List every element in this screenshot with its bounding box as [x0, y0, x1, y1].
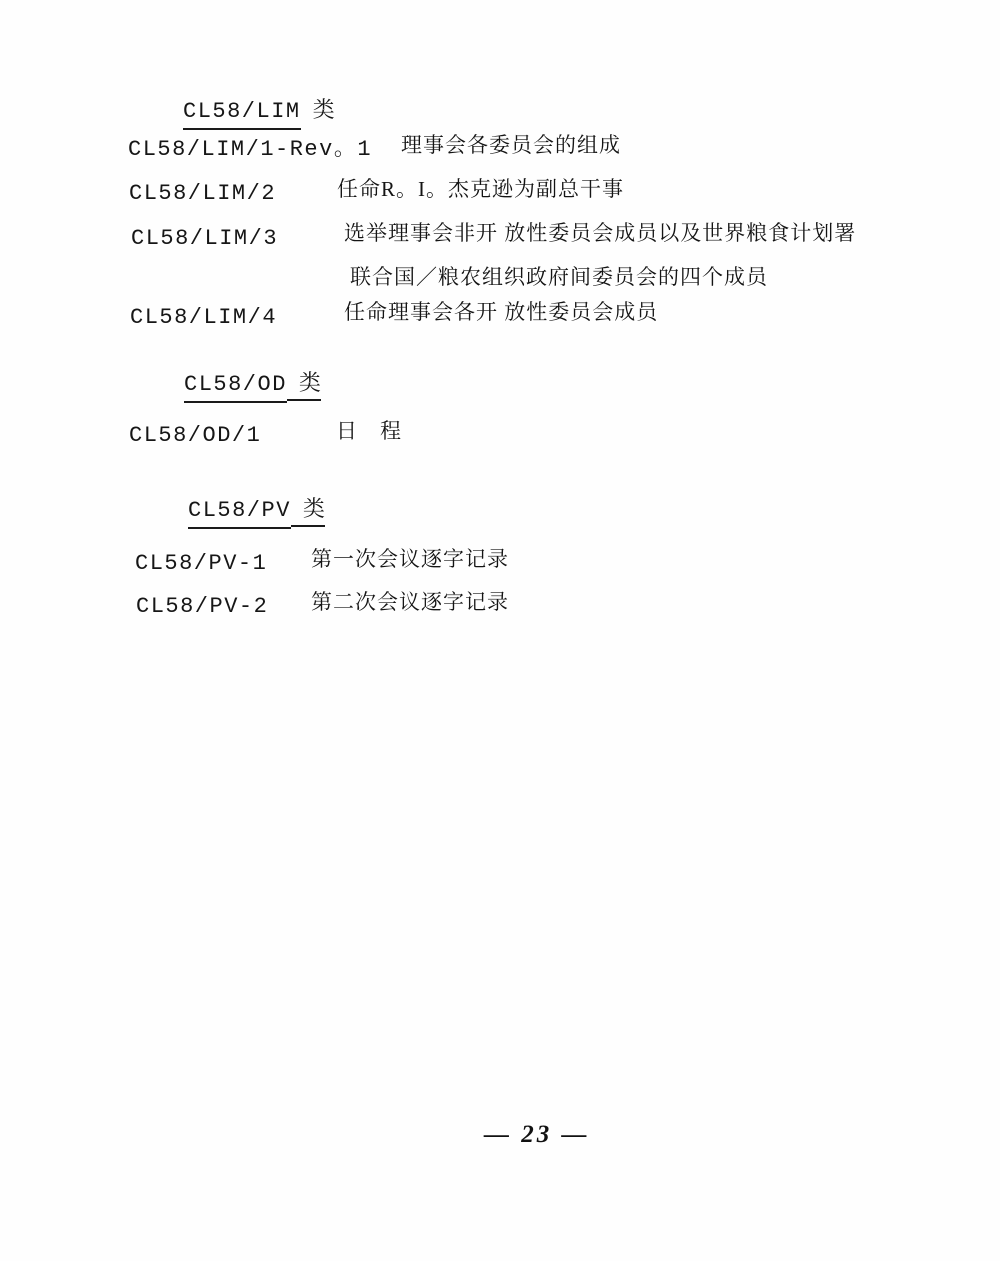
- doc-title: 选举理事会非开 放性委员会成员以及世界粮食计划署: [344, 221, 856, 246]
- doc-code: CL58/LIM/3: [131, 226, 278, 251]
- doc-code: CL58/OD/1: [129, 423, 261, 448]
- section-heading-lim: CL58/LIM类: [183, 93, 335, 124]
- doc-title: 任命R。I。杰克逊为副总干事: [337, 177, 624, 202]
- page-number: — 23 —: [484, 1121, 590, 1149]
- doc-title: 任命理事会各开 放性委员会成员: [344, 300, 658, 325]
- section-heading-code: CL58/PV: [188, 498, 291, 529]
- section-heading-od: CL58/OD类: [184, 366, 321, 397]
- doc-code: CL58/LIM/2: [129, 181, 276, 206]
- section-heading-suffix: 类: [301, 97, 335, 122]
- section-heading-code: CL58/LIM: [183, 99, 301, 130]
- doc-title: 理事会各委员会的组成: [401, 133, 621, 158]
- doc-code: CL58/PV-2: [136, 594, 268, 619]
- doc-title-continuation: 联合国／粮农组织政府间委员会的四个成员: [350, 265, 768, 290]
- doc-title: 日 程: [336, 419, 402, 444]
- doc-title: 第二次会议逐字记录: [311, 590, 509, 615]
- section-heading-code: CL58/OD: [184, 372, 287, 403]
- section-heading-suffix: 类: [291, 496, 325, 527]
- section-heading-pv: CL58/PV类: [188, 492, 325, 523]
- doc-title: 第一次会议逐字记录: [311, 547, 509, 572]
- document-page: CL58/LIM类 CL58/LIM/1-Rev。1 理事会各委员会的组成 CL…: [0, 0, 1000, 1261]
- doc-code: CL58/LIM/1-Rev。1: [128, 137, 372, 162]
- doc-code: CL58/PV-1: [135, 551, 267, 576]
- section-heading-suffix: 类: [287, 370, 321, 401]
- doc-code: CL58/LIM/4: [130, 305, 277, 330]
